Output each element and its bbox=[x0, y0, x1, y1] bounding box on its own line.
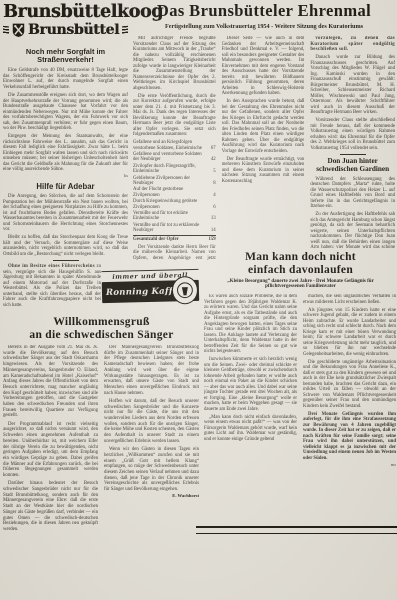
list-item: Auf der Flucht gestorbene Zivilpersonen4 bbox=[133, 187, 216, 198]
don-juan-title-line2: schwedischen Gardinen bbox=[316, 165, 389, 173]
paragraph: Der Männergesangverein Brunsbüttelkoog d… bbox=[104, 345, 199, 396]
victim-label: Gefallene und verstorbene Soldaten der N… bbox=[133, 152, 208, 163]
court-title-line1: Man kann doch nicht bbox=[245, 251, 356, 263]
paragraph: Hoffen wir darum, daß der Besuch unserer… bbox=[104, 399, 199, 445]
masthead-line2-text: Brunsbüttel bbox=[28, 22, 119, 38]
paragraph: In den Aussprachen wurde betont, daß bei… bbox=[222, 99, 305, 154]
paragraph: Entgegen der Meinung des Staatsanwalts, … bbox=[3, 134, 128, 173]
victim-count: 42 bbox=[211, 157, 216, 163]
news-brief: Ohne im Besitze eines Führerscheins zu s… bbox=[3, 264, 101, 308]
paragraph: Der Programmablauf ist recht vielseitig … bbox=[3, 422, 98, 479]
list-item: Durch Kriegseinwirkung getötete Zivilper… bbox=[133, 199, 216, 210]
main-column-2: Dieser Seite — wie auch in dem Gedanken … bbox=[222, 36, 305, 260]
list-item: Gebliebene Zivilpersonen der Neubürger8 bbox=[133, 176, 216, 187]
separator-rule bbox=[340, 154, 366, 155]
masthead: Brunsbüttelkoog Brunsbüttel bbox=[3, 2, 128, 38]
column3-lead: vorzulegen, zu denen das Kuratorium spät… bbox=[310, 36, 395, 52]
victim-label: Gefallene und an Kriegsfolgen verstorben… bbox=[133, 140, 208, 151]
victims-total-count: 159 bbox=[208, 237, 215, 243]
paragraph: Der Beauftragte wurde ermächtigt, von me… bbox=[222, 157, 305, 185]
welcome-title-line2: an die schwedischen Sänger bbox=[29, 329, 173, 341]
paragraph: Die erste Veröffentlichung, durch die zu… bbox=[133, 94, 216, 138]
main-column-3: vorzulegen, zu denen das Kuratorium spät… bbox=[310, 36, 395, 248]
brief-text: zu sein, vergnügte sich die Hausgehilfin… bbox=[3, 264, 101, 308]
paragraph: Darüber hinaus bedeutet der Besuch schwe… bbox=[3, 481, 98, 532]
ornament-left-icon bbox=[3, 26, 9, 35]
victims-total-row: Gesamtzahl der Opfer159 bbox=[133, 235, 216, 243]
article-adebar-title: Hilfe für Adebar bbox=[3, 183, 128, 192]
welcome-column-1: Bereits in der Ausgabe vom 21. Mai ds. J… bbox=[3, 345, 98, 589]
list-item: Vermißte und für tot zu erklärende Neubü… bbox=[133, 223, 216, 234]
welcome-column-2: Der Männergesangverein Brunsbüttelkoog d… bbox=[104, 345, 199, 589]
paragraph: Inzwischen kümmerte er sich herzlich wen… bbox=[204, 357, 297, 412]
don-juan-title: Don Juan hinter schwedischen Gardinen bbox=[310, 158, 395, 174]
article-traffic-body: Eine Geldstrafe von 40 DM, ersatzweise 8… bbox=[3, 68, 128, 178]
victims-list: Gefallene und an Kriegsfolgen verstorben… bbox=[133, 140, 216, 243]
victim-label: Gebliebene Zivilpersonen der Neubürger bbox=[133, 176, 210, 187]
victim-count: 14 bbox=[211, 228, 216, 234]
coffee-advertisement: immer und überall Ronning Kaffee bbox=[101, 269, 199, 317]
article-adebar-body: Die Anregung, den Störchen, die auf dem … bbox=[3, 194, 128, 257]
article-traffic-sign: ks bbox=[3, 173, 128, 179]
court-column-2: machen, die sein unglaubliches Verhalten… bbox=[303, 294, 396, 512]
court-article-title: Man kann doch nicht einfach davonlaufen bbox=[204, 251, 397, 276]
paragraph: Wenn wir den Gästen in diesen Tagen ein … bbox=[104, 447, 199, 493]
list-item: Zivilopfer durch Fliegerangriffe, Einhei… bbox=[133, 164, 216, 175]
list-item: Vermißte und für tot erklärte Einheimisc… bbox=[133, 211, 216, 222]
court-column-1: Es waren auch soziale Probleme, die in d… bbox=[204, 294, 297, 512]
separator-rule bbox=[53, 260, 79, 261]
welcome-article: Willkommensgruß an die schwedischen Säng… bbox=[3, 316, 200, 589]
newspaper-page: Brunsbüttelkoog Brunsbüttel Noch mehr So… bbox=[0, 0, 397, 600]
victim-count: 5 bbox=[213, 169, 215, 175]
section-end-rule bbox=[196, 526, 397, 534]
victim-label: Vermißte und für tot zu erklärende Neubü… bbox=[133, 223, 208, 234]
paragraph: Dieser Seite — wie auch in dem Gedanken … bbox=[222, 36, 305, 97]
welcome-title-line1: Willkommensgruß bbox=[53, 316, 149, 328]
court-article-sign: mr bbox=[303, 462, 396, 468]
paragraph: Danach wurde zur Bildung des Finanzaussc… bbox=[310, 55, 395, 116]
welcome-article-sign: E. Wachhorst bbox=[104, 493, 199, 499]
masthead-line2: Brunsbüttel bbox=[3, 22, 128, 38]
paragraph: Bleibt zu hoffen, daß das Storchenpaar d… bbox=[3, 235, 128, 257]
victim-label: Durch Kriegseinwirkung getötete Zivilper… bbox=[133, 199, 210, 210]
welcome-article-columns: Bereits in der Ausgabe vom 21. Mai ds. J… bbox=[3, 345, 200, 589]
verdict-paragraph: Drei Monate Gefängnis wurden ihm auferle… bbox=[303, 412, 396, 462]
paragraph: Ohne im Besitze eines Führerscheins zu s… bbox=[3, 264, 101, 308]
list-item: Gefallene und verstorbene Soldaten der N… bbox=[133, 152, 216, 163]
paragraph: Mit aufrichtiger Freude begrüßte Vorsitz… bbox=[133, 36, 216, 91]
court-article: Man kann doch nicht einfach davonlaufen … bbox=[204, 251, 397, 512]
ornament-right-icon bbox=[122, 26, 128, 35]
paragraph: Die Anregung, den Störchen, die auf dem … bbox=[3, 194, 128, 233]
victims-total-label: Gesamtzahl der Opfer bbox=[133, 237, 208, 243]
victim-label: Vermißte und für tot erklärte Einheimisc… bbox=[133, 211, 208, 222]
main-article-subtitle: Fertigstellung zum Volkstrauertag 1954 -… bbox=[133, 23, 395, 30]
court-title-line2: einfach davonlaufen bbox=[248, 264, 353, 276]
paragraph: Vorsitzender Claus stellte abschließend … bbox=[310, 118, 395, 151]
main-article: Das Brunsbütteler Ehrenmal Fertigstellun… bbox=[133, 2, 395, 260]
paragraph: machen, die sein unglaubliches Verhalten… bbox=[303, 294, 396, 305]
victim-count: 6 bbox=[213, 205, 215, 211]
paragraph: Eine Geldstrafe von 40 DM, ersatzweise 8… bbox=[3, 68, 128, 90]
coffee-emblem-icon bbox=[172, 276, 199, 305]
paragraph: „Man kann doch nicht einfach davonlaufen… bbox=[204, 415, 297, 443]
list-item: Gefallene und an Kriegsfolgen verstorben… bbox=[133, 140, 216, 151]
main-article-title: Das Brunsbütteler Ehrenmal bbox=[133, 2, 395, 20]
main-column-1: Mit aufrichtiger Freude begrüßte Vorsitz… bbox=[133, 36, 216, 260]
victim-count: 4 bbox=[213, 193, 215, 199]
paragraph: Die Zusammenstöße ereignen sich dort, wo… bbox=[3, 93, 128, 132]
main-article-columns: Mit aufrichtiger Freude begrüßte Vorsitz… bbox=[133, 36, 395, 260]
victim-label: Zivilopfer durch Fliegerangriffe, Einhei… bbox=[133, 164, 210, 175]
masthead-line1: Brunsbüttelkoog bbox=[3, 2, 128, 22]
victim-label: Auf der Flucht gestorbene Zivilpersonen bbox=[133, 187, 210, 198]
paragraph: vorzulegen, zu denen das Kuratorium spät… bbox=[310, 36, 395, 53]
paragraph: Während der Schleusengang des deutschen … bbox=[310, 177, 395, 210]
welcome-article-title: Willkommensgruß an die schwedischen Säng… bbox=[3, 316, 200, 341]
paragraph: Zu der Ausfertigung des Haftbefehls sah … bbox=[310, 212, 395, 248]
paragraph: Bereits in der Ausgabe vom 21. Mai ds. J… bbox=[3, 345, 98, 419]
ad-brand-box: Ronning Kaffee bbox=[102, 280, 199, 303]
victim-count: 67 bbox=[211, 146, 216, 152]
paragraph: Als jüngstes von 15 Kindern hatte er ein… bbox=[303, 308, 396, 358]
court-article-columns: Es waren auch soziale Probleme, die in d… bbox=[204, 294, 397, 512]
victim-count: 13 bbox=[211, 216, 216, 222]
article-traffic-title: Noch mehr Sorgfalt im Straßenverkehr! bbox=[11, 48, 120, 64]
coat-of-arms-icon bbox=[12, 23, 25, 37]
brief-lead: Ohne im Besitze eines Führerscheins bbox=[8, 264, 95, 269]
court-article-subtitle: „Kleine Besorgung“ dauerte zwei Jahre - … bbox=[210, 279, 391, 291]
paragraph: Die geschilderte ungünstige Arbeitssitua… bbox=[303, 360, 396, 410]
victim-count: 8 bbox=[213, 181, 215, 187]
don-juan-title-line1: Don Juan hinter bbox=[328, 157, 378, 165]
paragraph: Es waren auch soziale Probleme, die in d… bbox=[204, 294, 297, 355]
